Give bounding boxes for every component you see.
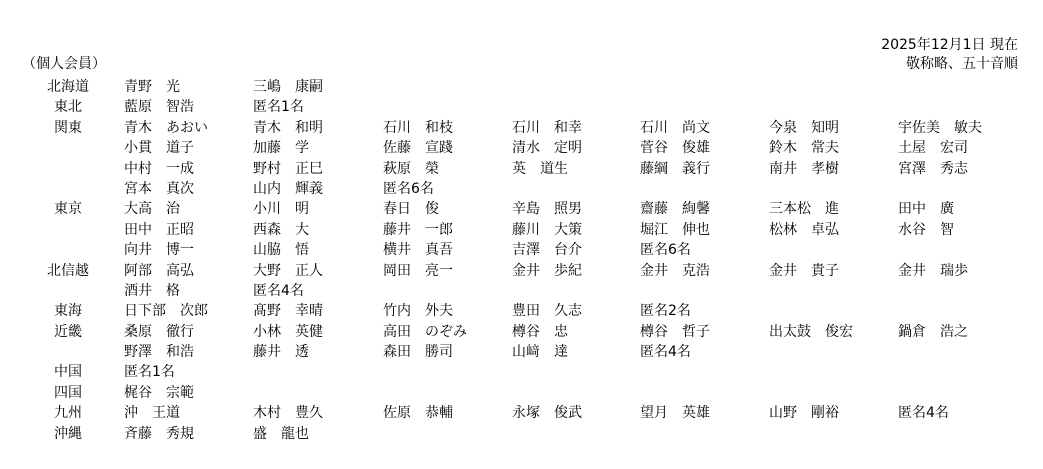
table-row: 関東青木 あおい青木 和明石川 和枝石川 和幸石川 尚文今泉 知明宇佐美 敏夫 <box>0 118 1043 138</box>
region-label: 北海道 <box>23 77 113 97</box>
member-name: 藤川 大策 <box>512 220 582 240</box>
member-name: 西森 大 <box>253 220 309 240</box>
member-name: 大野 正人 <box>253 261 323 281</box>
member-name: 酒井 格 <box>124 281 180 301</box>
member-name: 山内 輝義 <box>253 179 323 199</box>
member-name: 匿名4名 <box>253 281 304 301</box>
region-label: 東京 <box>23 199 113 219</box>
member-name: 匿名6名 <box>383 179 434 199</box>
member-name: 南井 孝樹 <box>769 159 839 179</box>
member-name: 森田 勝司 <box>383 342 453 362</box>
member-name: 望月 英雄 <box>640 403 710 423</box>
member-name: 英 道生 <box>512 159 568 179</box>
member-name: 青木 和明 <box>253 118 323 138</box>
member-name: 青野 光 <box>124 77 180 97</box>
region-label: 中国 <box>23 362 113 382</box>
member-name: 宇佐美 敏夫 <box>898 118 982 138</box>
member-table: 北海道青野 光三嶋 康嗣東北藍原 智浩匿名1名関東青木 あおい青木 和明石川 和… <box>0 77 1043 444</box>
member-name: 岡田 亮一 <box>383 261 453 281</box>
member-name: 佐原 恭輔 <box>383 403 453 423</box>
member-name: 梶谷 宗範 <box>124 383 194 403</box>
table-row: 野澤 和浩藤井 透森田 勝司山﨑 達匿名4名 <box>0 342 1043 362</box>
as-of-date: 2025年12月1日 現在 <box>881 36 1018 55</box>
member-name: 匿名4名 <box>640 342 691 362</box>
member-name: 沖 王道 <box>124 403 180 423</box>
member-name: 鍋倉 浩之 <box>898 322 968 342</box>
member-name: 匿名6名 <box>640 240 691 260</box>
member-name: 斉藤 秀規 <box>124 424 194 444</box>
member-name: 三本松 進 <box>769 199 839 219</box>
member-name: 山﨑 達 <box>512 342 568 362</box>
table-row: 四国梶谷 宗範 <box>0 383 1043 403</box>
member-name: 宮澤 秀志 <box>898 159 968 179</box>
member-name: 高田 のぞみ <box>383 322 467 342</box>
table-row: 東北藍原 智浩匿名1名 <box>0 97 1043 117</box>
member-name: 野澤 和浩 <box>124 342 194 362</box>
region-label: 四国 <box>23 383 113 403</box>
member-name: 辛島 照男 <box>512 199 582 219</box>
member-name: 盛 龍也 <box>253 424 309 444</box>
table-row: 向井 博一山脇 悟横井 真吾吉澤 台介匿名6名 <box>0 240 1043 260</box>
table-row: 中村 一成野村 正巳萩原 榮英 道生藤綱 義行南井 孝樹宮澤 秀志 <box>0 159 1043 179</box>
member-name: 今泉 知明 <box>769 118 839 138</box>
member-name: 大高 治 <box>124 199 180 219</box>
table-row: 近畿桑原 徹行小林 英健高田 のぞみ樽谷 忠樽谷 哲子出太鼓 俊宏鍋倉 浩之 <box>0 322 1043 342</box>
member-name: 藤井 透 <box>253 342 309 362</box>
section-title: （個人会員） <box>22 55 106 74</box>
member-name: 樽谷 哲子 <box>640 322 710 342</box>
table-row: 沖縄斉藤 秀規盛 龍也 <box>0 424 1043 444</box>
member-name: 松林 卓弘 <box>769 220 839 240</box>
member-name: 藤綱 義行 <box>640 159 710 179</box>
member-name: 山野 剛裕 <box>769 403 839 423</box>
member-name: 土屋 宏司 <box>898 138 968 158</box>
region-label: 関東 <box>23 118 113 138</box>
member-name: 加藤 学 <box>253 138 309 158</box>
member-name: 小貫 道子 <box>124 138 194 158</box>
member-name: 清水 定明 <box>512 138 582 158</box>
member-name: 髙野 幸晴 <box>253 301 323 321</box>
member-name: 出太鼓 俊宏 <box>769 322 853 342</box>
member-name: 木村 豊久 <box>253 403 323 423</box>
member-name: 金井 歩紀 <box>512 261 582 281</box>
member-name: 金井 瑞歩 <box>898 261 968 281</box>
table-row: 東海日下部 次郎髙野 幸晴竹内 外夫豊田 久志匿名2名 <box>0 301 1043 321</box>
member-name: 齋藤 絢馨 <box>640 199 710 219</box>
table-row: 酒井 格匿名4名 <box>0 281 1043 301</box>
member-name: 佐藤 宣踐 <box>383 138 453 158</box>
member-name: 菅谷 俊雄 <box>640 138 710 158</box>
region-label: 近畿 <box>23 322 113 342</box>
header-right: 2025年12月1日 現在 敬称略、五十音順 <box>881 36 1018 74</box>
member-name: 石川 和幸 <box>512 118 582 138</box>
member-name: 三嶋 康嗣 <box>253 77 323 97</box>
member-name: 吉澤 台介 <box>512 240 582 260</box>
member-name: 野村 正巳 <box>253 159 323 179</box>
table-row: 小貫 道子加藤 学佐藤 宣踐清水 定明菅谷 俊雄鈴木 常夫土屋 宏司 <box>0 138 1043 158</box>
member-name: 藤井 一郎 <box>383 220 453 240</box>
member-name: 田中 正昭 <box>124 220 194 240</box>
member-name: 藍原 智浩 <box>124 97 194 117</box>
member-name: 田中 廣 <box>898 199 954 219</box>
member-name: 匿名1名 <box>124 362 175 382</box>
table-row: 北海道青野 光三嶋 康嗣 <box>0 77 1043 97</box>
member-name: 石川 和枝 <box>383 118 453 138</box>
member-name: 小川 明 <box>253 199 309 219</box>
member-name: 向井 博一 <box>124 240 194 260</box>
member-name: 石川 尚文 <box>640 118 710 138</box>
table-row: 田中 正昭西森 大藤井 一郎藤川 大策堀江 伸也松林 卓弘水谷 智 <box>0 220 1043 240</box>
member-name: 鈴木 常夫 <box>769 138 839 158</box>
member-name: 樽谷 忠 <box>512 322 568 342</box>
member-name: 宮本 真次 <box>124 179 194 199</box>
region-label: 沖縄 <box>23 424 113 444</box>
region-label: 北信越 <box>23 261 113 281</box>
table-row: 北信越阿部 高弘大野 正人岡田 亮一金井 歩紀金井 克浩金井 貴子金井 瑞歩 <box>0 261 1043 281</box>
member-name: 金井 克浩 <box>640 261 710 281</box>
member-name: 中村 一成 <box>124 159 194 179</box>
member-name: 青木 あおい <box>124 118 208 138</box>
member-name: 永塚 俊武 <box>512 403 582 423</box>
member-name: 金井 貴子 <box>769 261 839 281</box>
member-name: 匿名2名 <box>640 301 691 321</box>
table-row: 東京大高 治小川 明春日 俊辛島 照男齋藤 絢馨三本松 進田中 廣 <box>0 199 1043 219</box>
sort-note: 敬称略、五十音順 <box>881 55 1018 74</box>
member-name: 竹内 外夫 <box>383 301 453 321</box>
member-name: 山脇 悟 <box>253 240 309 260</box>
table-row: 宮本 真次山内 輝義匿名6名 <box>0 179 1043 199</box>
member-name: 日下部 次郎 <box>124 301 208 321</box>
member-name: 萩原 榮 <box>383 159 439 179</box>
region-label: 東北 <box>23 97 113 117</box>
member-name: 小林 英健 <box>253 322 323 342</box>
member-name: 匿名4名 <box>898 403 949 423</box>
member-name: 堀江 伸也 <box>640 220 710 240</box>
member-name: 桑原 徹行 <box>124 322 194 342</box>
region-label: 東海 <box>23 301 113 321</box>
member-name: 阿部 高弘 <box>124 261 194 281</box>
table-row: 中国匿名1名 <box>0 362 1043 382</box>
member-name: 匿名1名 <box>253 97 304 117</box>
member-name: 春日 俊 <box>383 199 439 219</box>
member-name: 横井 真吾 <box>383 240 453 260</box>
member-name: 水谷 智 <box>898 220 954 240</box>
member-name: 豊田 久志 <box>512 301 582 321</box>
region-label: 九州 <box>23 403 113 423</box>
table-row: 九州沖 王道木村 豊久佐原 恭輔永塚 俊武望月 英雄山野 剛裕匿名4名 <box>0 403 1043 423</box>
